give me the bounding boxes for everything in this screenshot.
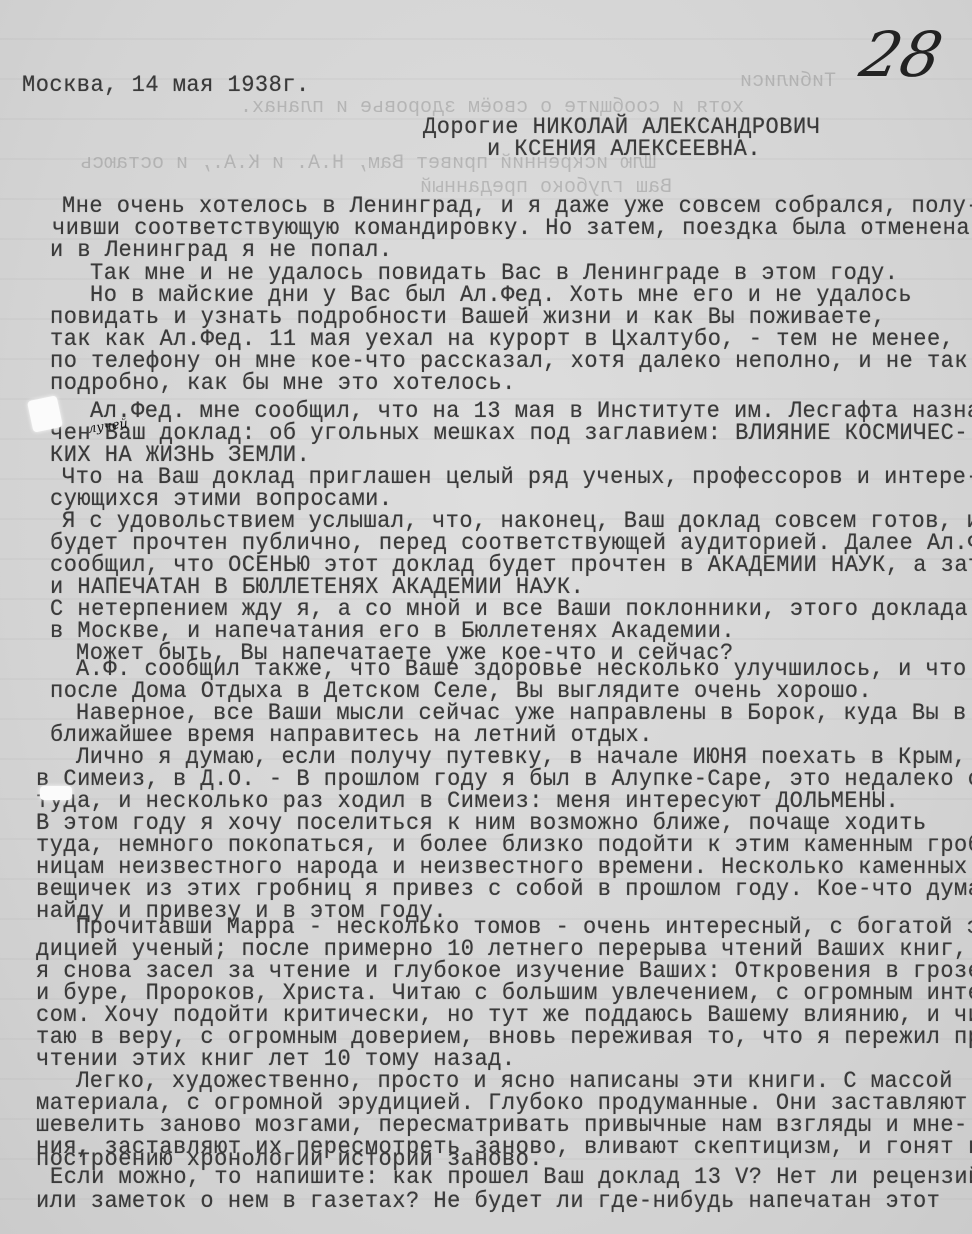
place-date: Москва, 14 мая 1938г. [22, 72, 310, 98]
paper-tear-mark [40, 786, 72, 800]
paper-tear-mark [27, 395, 63, 433]
salutation-line-2: и КСЕНИЯ АЛЕКСЕЕВНА. [487, 136, 761, 162]
document-page: Тибилиси хотя и сообщите о своём здоровь… [0, 0, 972, 1234]
body-line: или заметок о нем в газетах? Не будет ли… [36, 1188, 940, 1214]
body-line: Если можно, то напишите: как прошел Ваш … [50, 1164, 972, 1190]
bleed-through-text: Тибилиси [740, 70, 836, 93]
body-line: подробно, как бы мне это хотелось. [50, 370, 516, 396]
handwritten-page-number: 28 [854, 18, 948, 91]
